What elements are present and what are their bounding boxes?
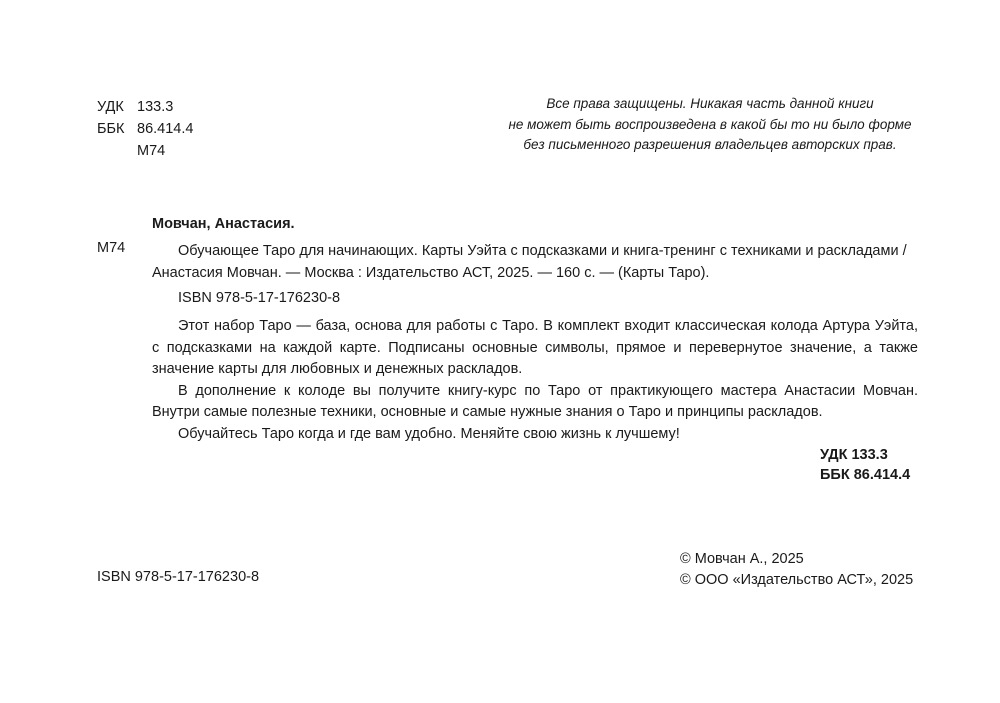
rights-line: Все права защищены. Никакая часть данной…	[490, 94, 930, 115]
record-udk: УДК 133.3	[820, 446, 910, 466]
bibliographic-description: Обучающее Таро для начинающих. Карты Уэй…	[152, 240, 920, 284]
rights-line: не может быть воспроизведена в какой бы …	[490, 115, 930, 136]
copyright-author: © Мовчан А., 2025	[680, 549, 913, 570]
annotation-paragraph: В дополнение к колоде вы получите книгу-…	[152, 381, 918, 424]
author-mark: М74	[137, 140, 165, 162]
author-heading: Мовчан, Анастасия.	[152, 216, 295, 232]
udk-value: 133.3	[137, 96, 173, 118]
udk-label: УДК	[97, 96, 137, 118]
copyright-block: © Мовчан А., 2025 © ООО «Издательство АС…	[680, 549, 913, 591]
bbk-value: 86.414.4	[137, 118, 193, 140]
rights-notice: Все права защищены. Никакая часть данной…	[490, 94, 930, 156]
record-classification: УДК 133.3 ББК 86.414.4	[820, 446, 910, 485]
record-isbn: ISBN 978-5-17-176230-8	[178, 290, 340, 306]
record-author-mark: М74	[97, 240, 125, 256]
rights-line: без письменного разрешения владельцев ав…	[490, 135, 930, 156]
footer-isbn: ISBN 978-5-17-176230-8	[97, 569, 259, 585]
annotation-paragraph: Этот набор Таро — база, основа для работ…	[152, 316, 918, 381]
record-bbk: ББК 86.414.4	[820, 466, 910, 486]
annotation: Этот набор Таро — база, основа для работ…	[152, 316, 918, 445]
copyright-publisher: © ООО «Издательство АСТ», 2025	[680, 570, 913, 591]
bbk-label: ББК	[97, 118, 137, 140]
classification-block: УДК 133.3 ББК 86.414.4 М74	[97, 96, 193, 162]
annotation-paragraph: Обучайтесь Таро когда и где вам удобно. …	[152, 424, 918, 446]
